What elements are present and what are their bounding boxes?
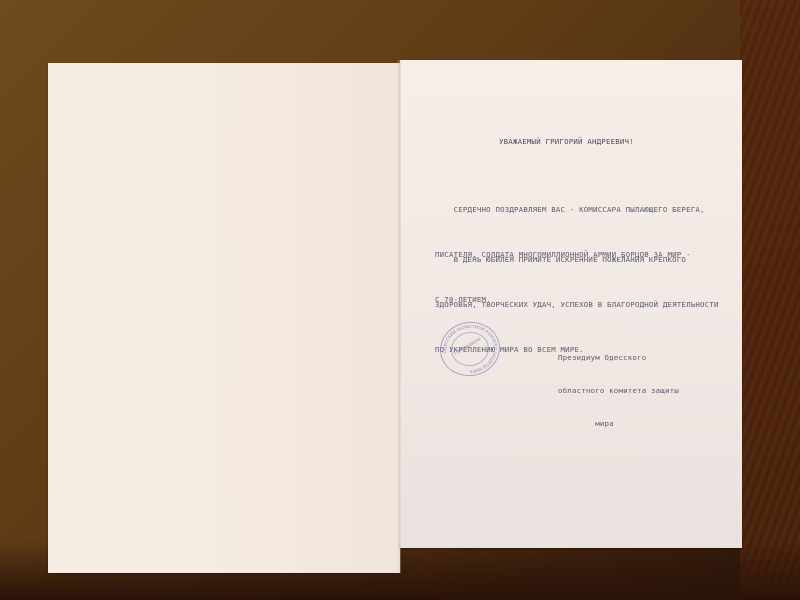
signature-block: Президиум Одесского областного комитета …: [558, 330, 679, 440]
paragraph-line: СЕРДЕЧНО ПОЗДРАВЛЯЕМ ВАС - КОМИССАРА ПЫЛ…: [435, 202, 705, 217]
page-fold: [398, 60, 401, 573]
paragraph-line: ЗДОРОВЬЯ, ТВОРЧЕСКИХ УДАЧ, УСПЕХОВ В БЛА…: [435, 297, 719, 312]
signature-line: Президиум Одесского: [558, 352, 679, 363]
stamp-ring: ОДЕССКИЙ ОБЛАСТНОЙ КОМИТЕТ ЗАЩИТЫ МИРА: [437, 318, 503, 379]
signature-line: областного комитета защиты: [558, 385, 679, 396]
svg-text:ОДЕССКИЙ ОБЛАСТНОЙ КОМИТЕТ ЗАЩ: ОДЕССКИЙ ОБЛАСТНОЙ КОМИТЕТ ЗАЩИТЫ МИРА: [438, 319, 502, 378]
wooden-table-edge: [740, 0, 800, 600]
signature-line: мира: [558, 418, 679, 429]
paragraph-line: В ДЕНЬ ЮБИЛЕЯ ПРИМИТЕ ИСКРЕННИЕ ПОЖЕЛАНИ…: [435, 252, 719, 267]
blank-left-page: [48, 63, 400, 573]
stamp-ring-text: ОДЕССКИЙ ОБЛАСТНОЙ КОМИТЕТ ЗАЩИТЫ МИРА: [438, 319, 502, 378]
salutation: УВАЖАЕМЫЙ ГРИГОРИЙ АНДРЕЕВИЧ!: [499, 134, 634, 149]
